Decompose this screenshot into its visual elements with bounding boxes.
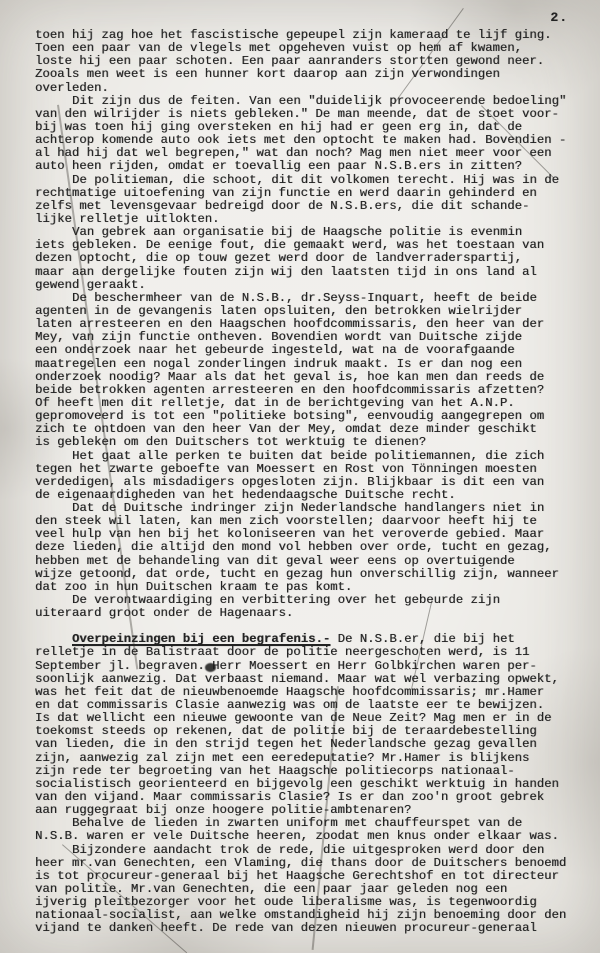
text-line: De beschermheer van de N.S.B., dr.Seyss-… [35, 292, 586, 305]
text-line: een onderzoek naar het gebeurde ingestel… [35, 344, 586, 357]
paragraph: De verontwaardiging en verbittering over… [35, 594, 586, 620]
section-heading: Overpeinzingen bij een begrafenis.- [72, 632, 330, 646]
text-line: overleden. [35, 82, 586, 95]
text-line: wijze getoond, dat orde, tucht en gezag … [35, 568, 586, 581]
document-body: toen hij zag hoe het fascistische gepeup… [35, 29, 586, 936]
text-line: Dit zijn dus de feiten. Van een "duideli… [35, 95, 586, 108]
text-line: deze lieden, die altijd den mond vol heb… [35, 541, 586, 554]
paragraph: Dit zijn dus de feiten. Van een "duideli… [35, 95, 586, 174]
text-line: zijn rede ter begroeting van het Haagsch… [35, 765, 586, 778]
text-line: soonlijk aanwezig. Dat verbaast niemand.… [35, 673, 586, 686]
text-line: tegen het zwarte geboefte van Moessert e… [35, 463, 586, 476]
paragraph: Dat de Duitsche indringer zijn Nederland… [35, 502, 586, 594]
text-line: rechtmatige uitoefening van zijn functie… [35, 187, 586, 200]
text-line: onderzoek noodig? Maar als dat het geval… [35, 371, 586, 384]
text-line: maar aan dergelijke fouten zijn wij den … [35, 266, 586, 279]
text-line: De politieman, die schoot, dit dit volko… [35, 174, 586, 187]
text-line: beide betrokken agenten arresteeren en d… [35, 384, 586, 397]
paragraph: Behalve de lieden in zwarten uniform met… [35, 817, 586, 843]
paragraph: toen hij zag hoe het fascistische gepeup… [35, 29, 586, 95]
text-line: van den wilrijder is niets gebleken." De… [35, 108, 586, 121]
text-line: van lieden, die in den strijd tegen het … [35, 738, 586, 751]
text-line: vijand te danken heeft. De rede van deze… [35, 922, 586, 935]
paragraph: De politieman, die schoot, dit dit volko… [35, 174, 586, 227]
text-line: heer mr.van Genechten, een Vlaming, die … [35, 857, 586, 870]
page-number: 2. [550, 10, 568, 25]
text-line: Bijzondere aandacht trok de rede, die ui… [35, 844, 586, 857]
paragraph: Het gaat alle perken te buiten dat beide… [35, 450, 586, 503]
text-line: is gebleken om den Duitschers tot werktu… [35, 436, 586, 449]
text-line: verdedigen, als misdadigers opgesloten z… [35, 476, 586, 489]
text-line: zijn, aanwezig zal zijn met een eeredepu… [35, 752, 586, 765]
paragraph: Van gebrek aan organisatie bij de Haagsc… [35, 226, 586, 292]
text-line: gewend geraakt. [35, 279, 586, 292]
text-line: zelfs met levensgevaar bedreigd door de … [35, 200, 586, 213]
text-line: September jl. begraven. Herr Moessert en… [35, 660, 586, 673]
scanned-document-page: 2. toen hij zag hoe het fascistische gep… [0, 0, 600, 953]
paragraph: De beschermheer van de N.S.B., dr.Seyss-… [35, 292, 586, 450]
text-line: maatregelen een nogal zonderlingen indru… [35, 358, 586, 371]
paragraph: Bijzondere aandacht trok de rede, die ui… [35, 844, 586, 936]
text-line: dezen optocht, die op touw gezet werd do… [35, 252, 586, 265]
text-line: relletje in de Balistraat door de politi… [35, 646, 586, 659]
text-line: N.S.B. waren er vele Duitsche heeren, zo… [35, 830, 586, 843]
text-line: Zooals men weet is een hunner kort daaro… [35, 68, 586, 81]
text-line: Het gaat alle perken te buiten dat beide… [35, 450, 586, 463]
text-line: hebben met de behandeling van dit geval … [35, 555, 586, 568]
paragraph: Overpeinzingen bij een begrafenis.- De N… [35, 633, 586, 817]
text-line: uiteraard groot onder de Hagenaars. [35, 607, 586, 620]
text-line: auto heen rijden, omdat er toevallig een… [35, 160, 586, 173]
